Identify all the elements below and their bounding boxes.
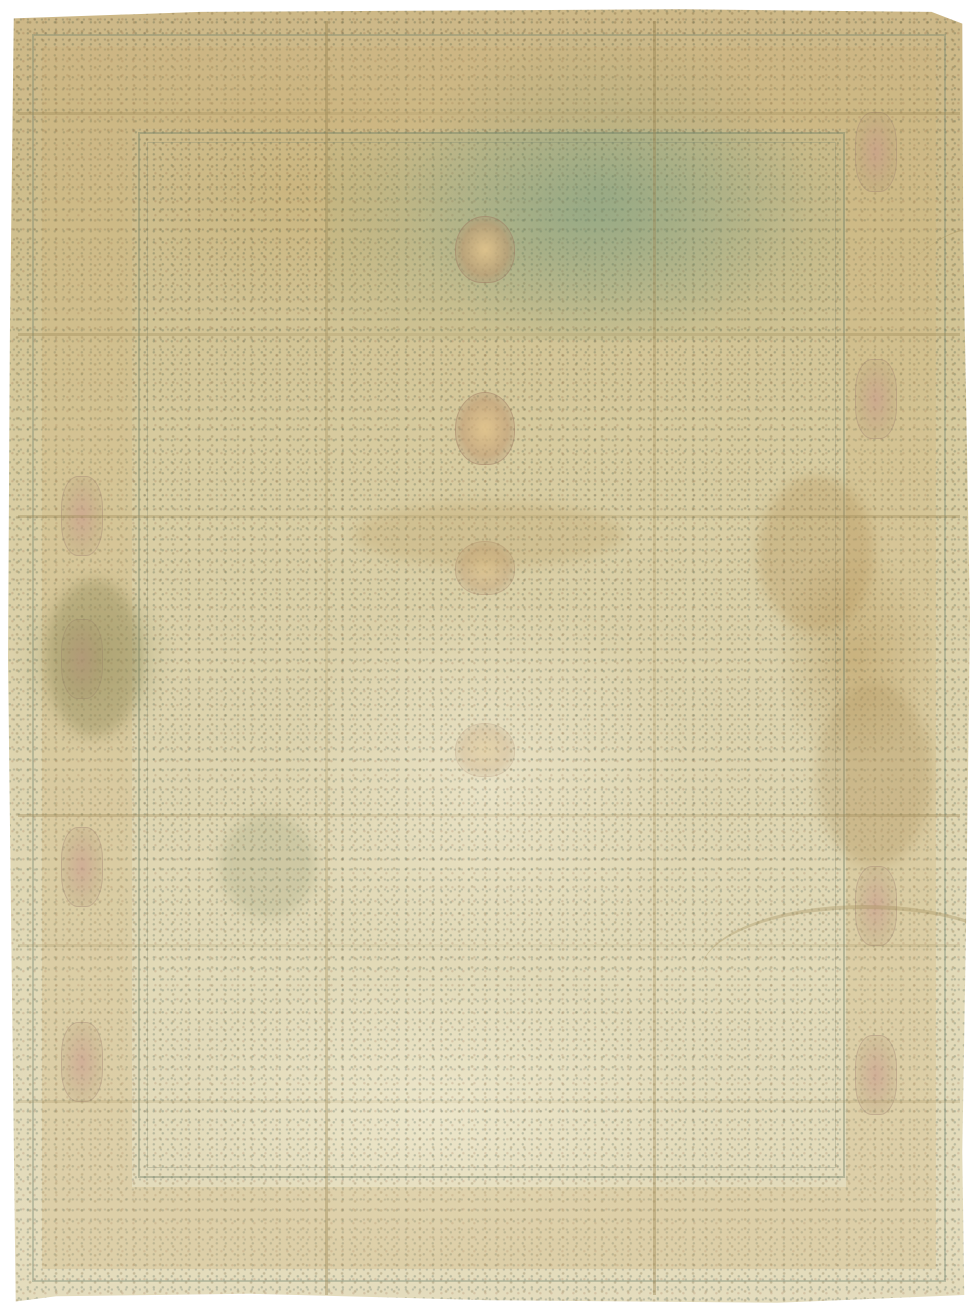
wear-stain xyxy=(46,580,142,736)
fold-crease-horizontal xyxy=(18,112,961,115)
central-medallion-faded xyxy=(455,723,515,777)
fold-crease-horizontal xyxy=(18,515,961,518)
wear-stain xyxy=(816,684,931,866)
central-medallion xyxy=(455,392,515,466)
fold-crease-vertical xyxy=(653,21,656,1295)
wear-stain xyxy=(354,502,623,567)
border-cartouche xyxy=(61,1022,103,1102)
border-cartouche xyxy=(61,827,103,907)
border-cartouche xyxy=(855,112,897,192)
border-cartouche xyxy=(855,1035,897,1115)
fold-crease-horizontal xyxy=(18,1100,961,1103)
fold-crease-vertical xyxy=(325,21,328,1295)
fold-crease-horizontal xyxy=(18,814,961,817)
border-cartouche xyxy=(855,359,897,439)
wear-stain xyxy=(220,814,316,918)
central-medallion-top xyxy=(455,216,515,283)
wear-stain xyxy=(758,476,873,632)
rug xyxy=(8,8,970,1308)
fold-crease-horizontal xyxy=(18,333,961,336)
photo-canvas xyxy=(0,0,975,1314)
rug-inner-guard-line xyxy=(147,142,837,1168)
